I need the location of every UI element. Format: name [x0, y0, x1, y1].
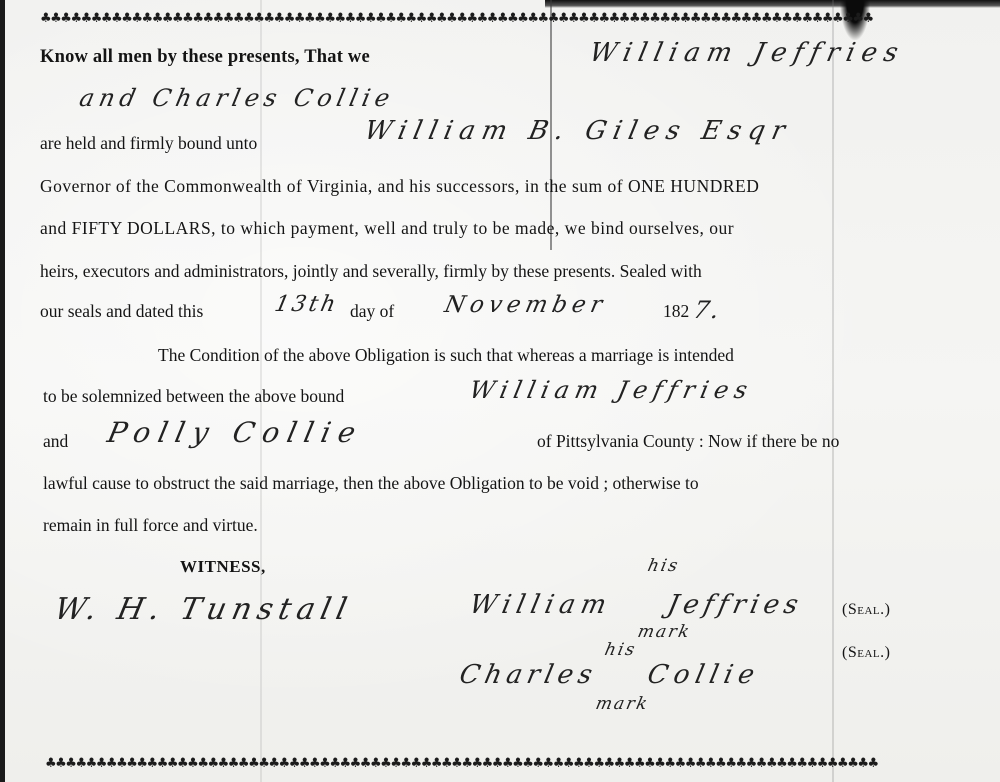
- scan-edge-top: [545, 0, 1000, 8]
- sig1-mark: mark: [636, 622, 693, 642]
- printed-line-7-b: day of: [350, 300, 394, 322]
- printed-line-1: Know all men by these presents, That we: [40, 46, 370, 68]
- handwritten-day: 13th: [272, 292, 340, 317]
- printed-line-12: remain in full force and virtue.: [43, 514, 258, 536]
- handwritten-governor: William B. Giles Esqr: [362, 116, 795, 146]
- sig1-his: his: [646, 556, 681, 576]
- sig2-mark: mark: [594, 694, 651, 714]
- scan-edge-left: [0, 0, 5, 782]
- ornament-border-bottom: ♣♣♣♣♣♣♣♣♣♣♣♣♣♣♣♣♣♣♣♣♣♣♣♣♣♣♣♣♣♣♣♣♣♣♣♣♣♣♣♣…: [45, 756, 950, 772]
- handwritten-witness-signature: W. H. Tunstall: [51, 592, 356, 627]
- handwritten-month: November: [442, 292, 609, 318]
- sig2-his: his: [603, 640, 638, 660]
- sig1-first-name: William: [467, 590, 615, 620]
- printed-line-10-a: and: [43, 430, 68, 452]
- document-paper: ♣♣♣♣♣♣♣♣♣♣♣♣♣♣♣♣♣♣♣♣♣♣♣♣♣♣♣♣♣♣♣♣♣♣♣♣♣♣♣♣…: [0, 0, 1000, 782]
- fold-line: [832, 0, 834, 782]
- printed-line-7-a: our seals and dated this: [40, 300, 203, 322]
- printed-line-6: heirs, executors and administrators, joi…: [40, 260, 702, 282]
- handwritten-groom: William Jeffries: [467, 376, 756, 404]
- printed-line-8: The Condition of the above Obligation is…: [158, 344, 734, 366]
- seal-1: (Seal.): [842, 601, 890, 619]
- sig2-last-name: Collie: [645, 660, 763, 690]
- sig2-first-name: Charles: [457, 660, 600, 690]
- printed-line-3: are held and firmly bound unto: [40, 132, 257, 154]
- printed-line-7-c: 182: [663, 300, 689, 322]
- witness-label: WITNESS,: [180, 557, 266, 577]
- handwritten-obligor-1: William Jeffries: [587, 38, 908, 68]
- printed-line-4: Governor of the Commonwealth of Virginia…: [40, 175, 759, 197]
- printed-line-10-b: of Pittsylvania County : Now if there be…: [537, 430, 839, 452]
- seal-2: (Seal.): [842, 644, 890, 662]
- handwritten-year-digit: 7.: [691, 296, 724, 324]
- handwritten-bride: Polly Collie: [104, 416, 366, 449]
- printed-line-5: and FIFTY DOLLARS, to which payment, wel…: [40, 217, 734, 239]
- handwritten-obligor-2: and Charles Collie: [77, 84, 397, 112]
- sig1-last-name: Jeffries: [665, 590, 806, 620]
- printed-line-9: to be solemnized between the above bound: [43, 385, 344, 407]
- printed-line-11: lawful cause to obstruct the said marria…: [43, 472, 699, 494]
- ornament-border-top: ♣♣♣♣♣♣♣♣♣♣♣♣♣♣♣♣♣♣♣♣♣♣♣♣♣♣♣♣♣♣♣♣♣♣♣♣♣♣♣♣…: [40, 11, 950, 27]
